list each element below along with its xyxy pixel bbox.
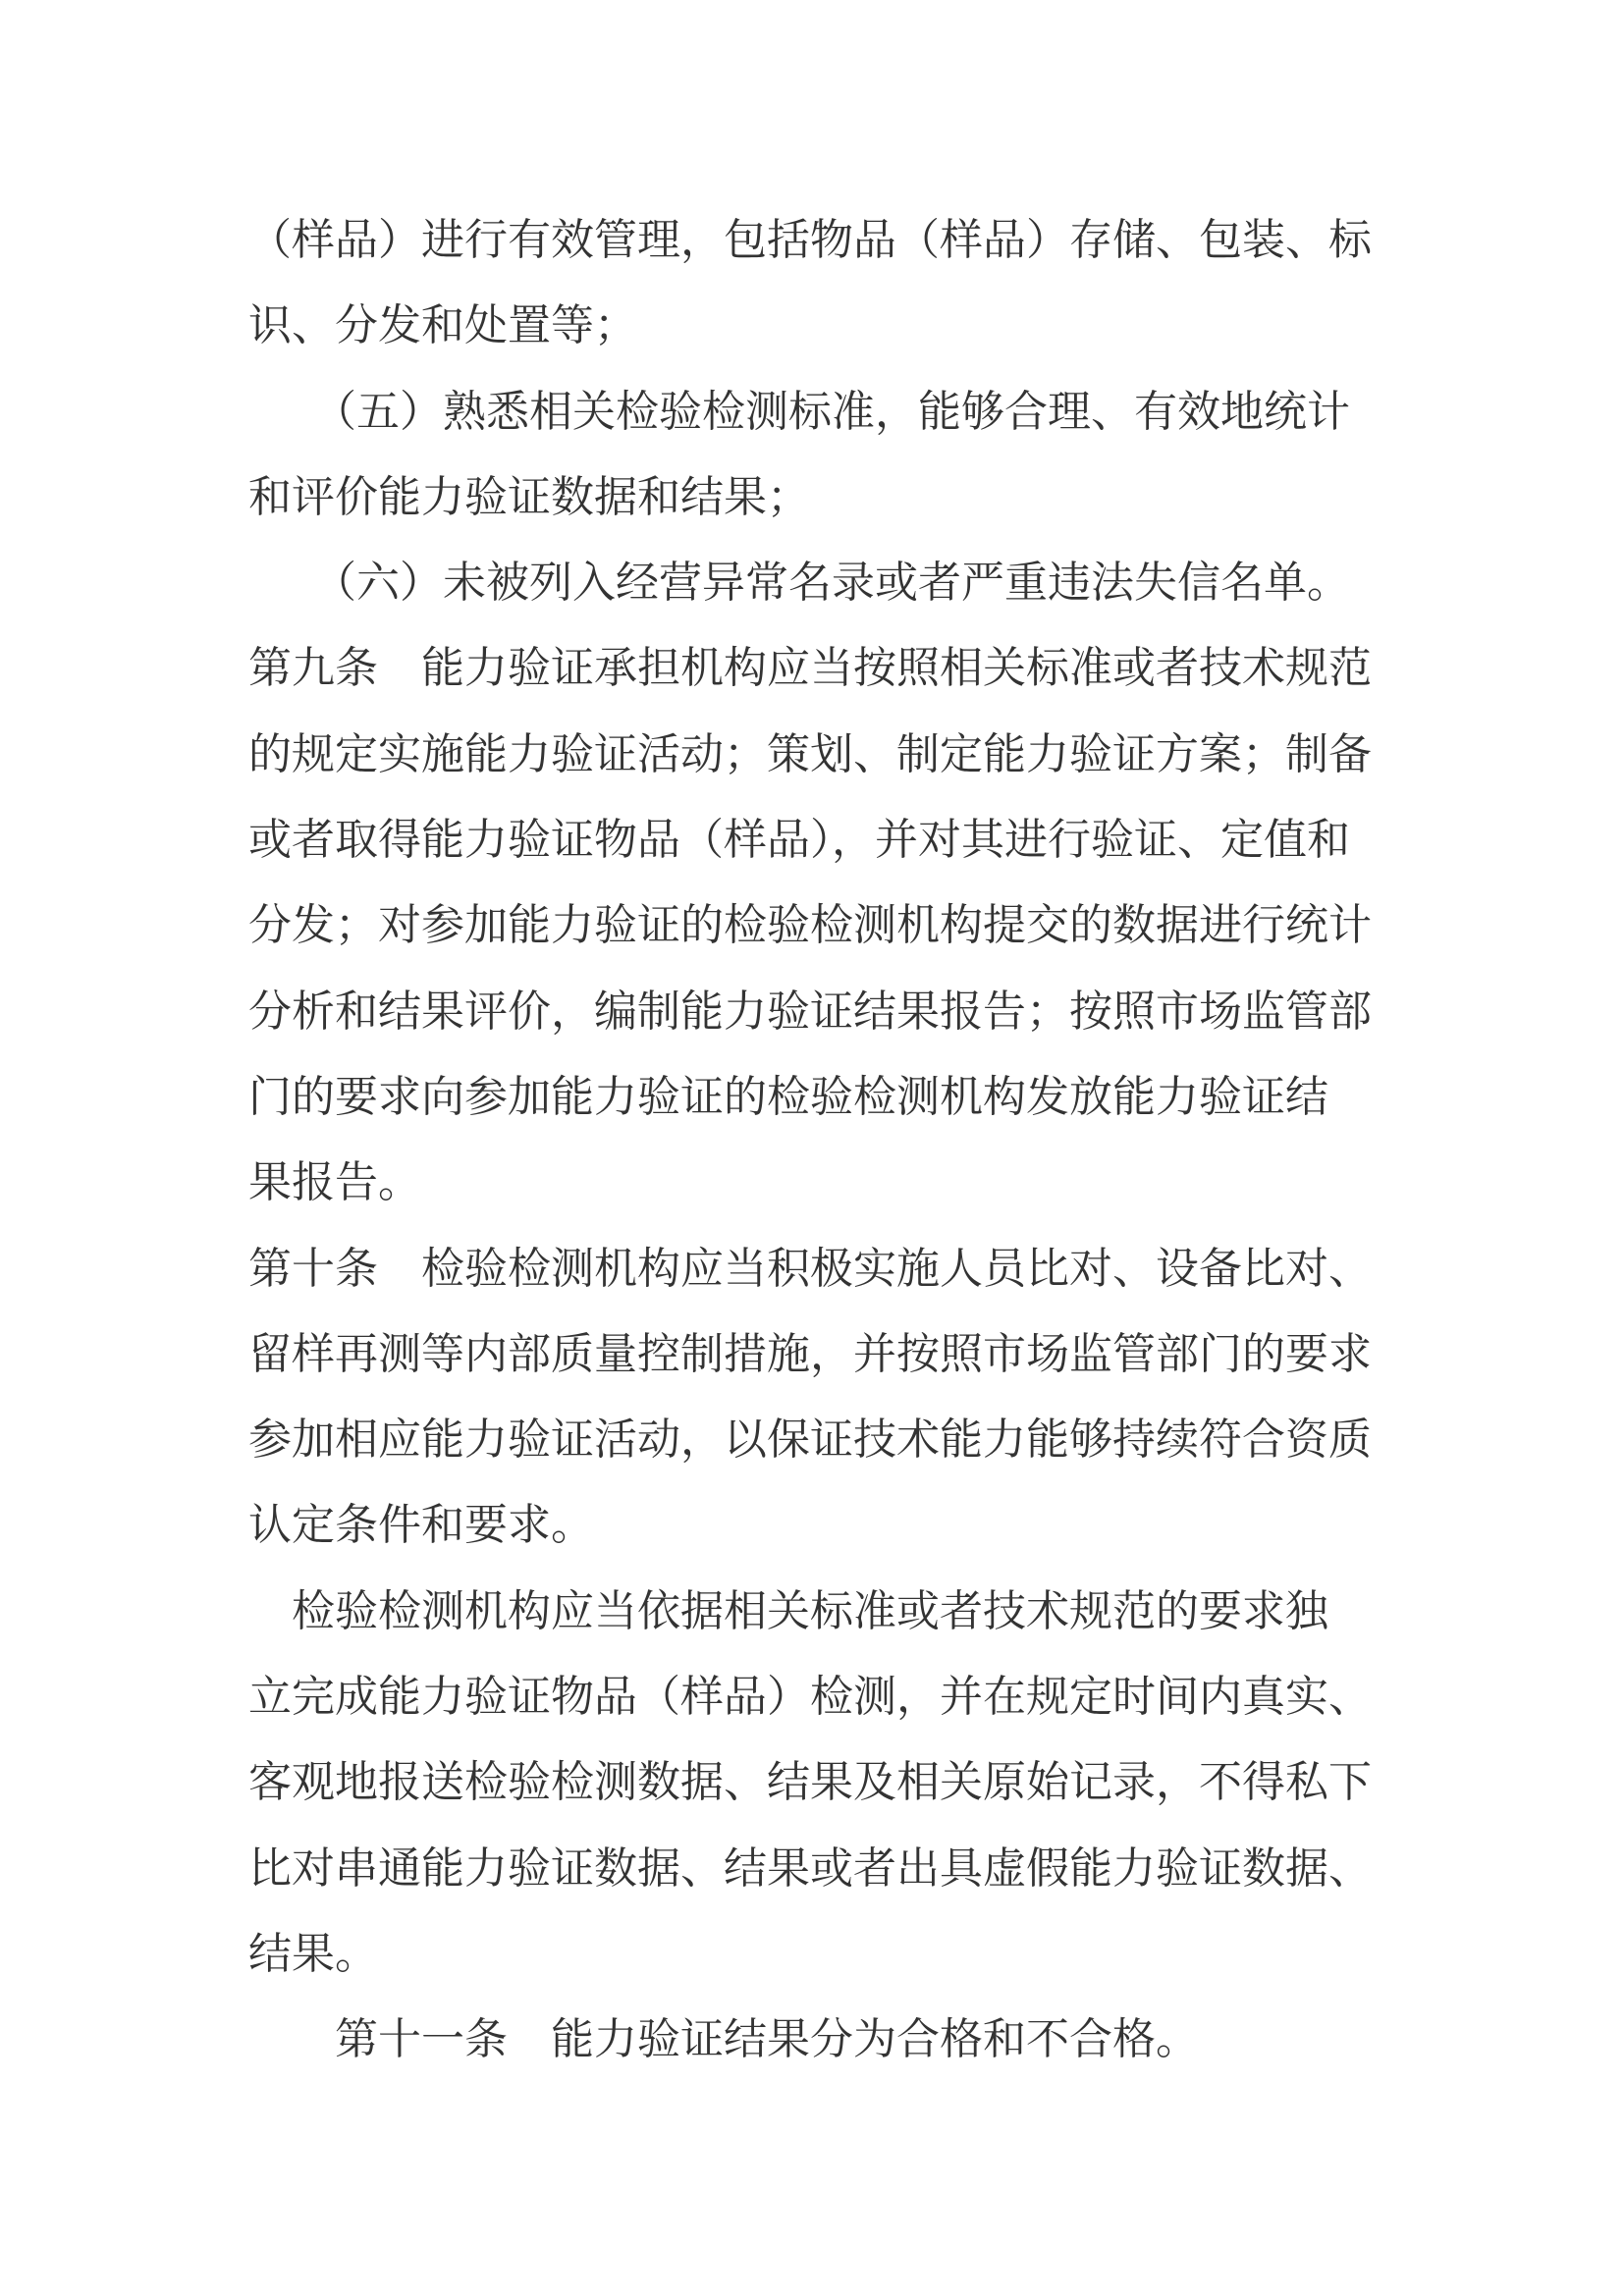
text-line: 检验检测机构应当依据相关标准或者技术规范的要求独 [248, 1569, 1402, 1654]
text-line: 认定条件和要求。 [248, 1482, 1402, 1568]
text-line: （五）熟悉相关检验检测标准，能够合理、有效地统计 [248, 369, 1402, 454]
document-page: （样品）进行有效管理，包括物品（样品）存储、包装、标 识、分发和处置等； （五）… [0, 0, 1624, 2296]
text-line: 客观地报送检验检测数据、结果及相关原始记录，不得私下 [248, 1739, 1402, 1825]
text-line: 第十一条 能力验证结果分为合格和不合格。 [248, 1997, 1402, 2082]
text-line: 比对串通能力验证数据、结果或者出具虚假能力验证数据、 [248, 1826, 1402, 1911]
text-line: 或者取得能力验证物品（样品），并对其进行验证、定值和 [248, 797, 1402, 882]
document-body: （样品）进行有效管理，包括物品（样品）存储、包装、标 识、分发和处置等； （五）… [248, 197, 1402, 2083]
text-line: 识、分发和处置等； [248, 283, 1402, 368]
text-line: （六）未被列入经营异常名录或者严重违法失信名单。 [248, 540, 1402, 625]
text-line: 的规定实施能力验证活动；策划、制定能力验证方案；制备 [248, 712, 1402, 797]
text-line: 分析和结果评价，编制能力验证结果报告；按照市场监管部 [248, 969, 1402, 1054]
text-line: 分发；对参加能力验证的检验检测机构提交的数据进行统计 [248, 882, 1402, 968]
text-line: 果报告。 [248, 1140, 1402, 1225]
text-line: 立完成能力验证物品（样品）检测，并在规定时间内真实、 [248, 1654, 1402, 1739]
text-line: 第十条 检验检测机构应当积极实施人员比对、设备比对、 [248, 1226, 1402, 1311]
text-line: 参加相应能力验证活动，以保证技术能力能够持续符合资质 [248, 1397, 1402, 1482]
text-line: 留样再测等内部质量控制措施，并按照市场监管部门的要求 [248, 1311, 1402, 1397]
text-line: 门的要求向参加能力验证的检验检测机构发放能力验证结 [248, 1054, 1402, 1140]
text-line: 和评价能力验证数据和结果； [248, 454, 1402, 540]
text-line: （样品）进行有效管理，包括物品（样品）存储、包装、标 [248, 197, 1402, 283]
text-line: 第九条 能力验证承担机构应当按照相关标准或者技术规范 [248, 625, 1402, 711]
text-line: 结果。 [248, 1911, 1402, 1997]
